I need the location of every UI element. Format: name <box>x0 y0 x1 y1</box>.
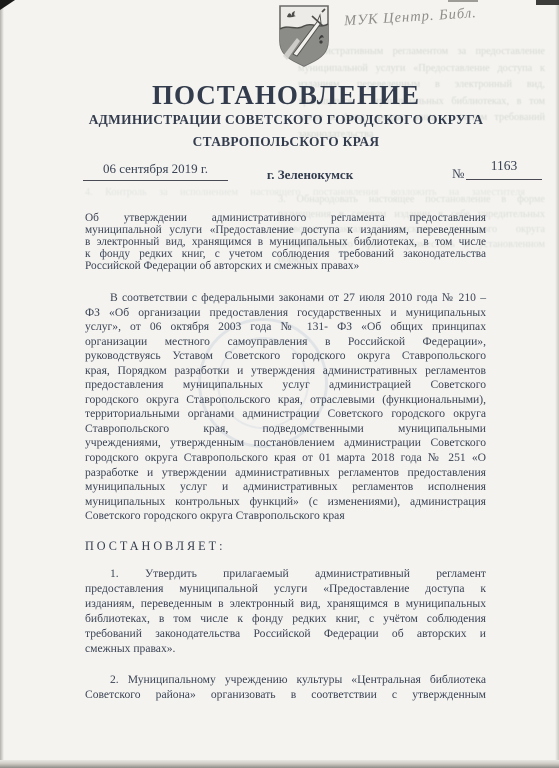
resolution-item-2: 2. Муниципальному учреждению культуры «Ц… <box>85 672 486 703</box>
text-line: края, Порядком разработки и утверждения … <box>85 364 486 379</box>
resolves-heading: ПОСТАНОВЛЯЕТ: <box>85 539 225 554</box>
preamble-paragraph: В соответствии с федеральными законами о… <box>85 291 486 524</box>
scan-corner-artifact <box>0 0 15 10</box>
issuing-authority-line2: СТАВРОПОЛЬСКОГО КРАЯ <box>85 134 487 150</box>
text-line: городского округа Ставропольского края о… <box>85 451 486 466</box>
text-line: руководствуясь Уставом Советского городс… <box>85 349 486 364</box>
document-place: г. Зеленокумск <box>245 167 375 183</box>
scan-edge-bottom <box>0 760 559 768</box>
text-line: библиотеках, в том числе к фонду редких … <box>85 611 486 626</box>
bleedthrough-text: 4. Контроль за исполнением настоящего по… <box>85 186 525 200</box>
text-line: муниципальных контрольных функций» (с из… <box>85 495 486 510</box>
text-line: муниципальных услуг и административных р… <box>85 480 486 495</box>
date-text: 06 сентября 2019 г. <box>103 161 208 176</box>
document-title: ПОСТАНОВЛЕНИЕ <box>85 80 487 111</box>
scan-edge-right <box>555 0 559 768</box>
text-line: разработке и утверждении административны… <box>85 466 486 481</box>
scan-corner-top-right <box>536 0 559 5</box>
text-line: учреждениями, утвержденным постановление… <box>85 436 486 451</box>
issuing-authority-line1: АДМИНИСТРАЦИИ СОВЕТСКОГО ГОРОДСКОГО ОКРУ… <box>85 112 487 128</box>
coat-of-arms-icon <box>277 4 331 68</box>
text-line: Российской Федерации об авторских и смеж… <box>85 261 486 273</box>
text-line: 2. Муниципальному учреждению культуры «Ц… <box>85 672 486 687</box>
text-line: территориальными органами администрации … <box>85 407 486 422</box>
text-line: услуг», от 06 октября 2003 года № 131- Ф… <box>85 320 486 335</box>
document-number: № 1163 <box>452 158 542 180</box>
text-line: требований законодательства Российской Ф… <box>85 626 486 641</box>
number-sign: № <box>452 166 464 182</box>
text-line: смежных правах». <box>85 641 486 656</box>
scanned-document-page: административным регламентом за предоста… <box>0 0 559 768</box>
resolution-item-1: 1. Утвердить прилагаемый административны… <box>85 566 486 656</box>
subject-paragraph: Об утверждении административного регламе… <box>85 213 486 273</box>
text-line: организации местного самоуправления в Ро… <box>85 335 486 350</box>
text-line: в электронный вид, хранящимся в муниципа… <box>85 237 486 249</box>
document-date: 06 сентября 2019 г. <box>83 161 228 181</box>
text-line: Советского городского округа Ставропольс… <box>85 509 486 524</box>
scan-top-dash <box>448 0 478 2</box>
text-line: изданиям, переведенным в электронный вид… <box>85 596 486 611</box>
text-line: предоставления муниципальной услуги «Пре… <box>85 581 486 596</box>
text-line: предоставления муниципальных услуг админ… <box>85 378 486 393</box>
text-line: к фонду редких книг, с учетом соблюдения… <box>85 249 486 261</box>
handwritten-note: МУК Центр. Библ. <box>344 1 550 30</box>
text-line: Ставропольского края, подведомственными … <box>85 422 486 437</box>
text-line: Советского района» организовать в соотве… <box>85 687 486 702</box>
text-line: В соответствии с федеральными законами о… <box>85 291 486 306</box>
text-line: 1. Утвердить прилагаемый административны… <box>85 566 486 581</box>
text-line: городского округа Ставропольского края, … <box>85 393 486 408</box>
scan-edge-left <box>0 0 4 768</box>
text-line: ФЗ «Об организации предоставления госуда… <box>85 306 486 321</box>
number-value: 1163 <box>466 158 542 180</box>
